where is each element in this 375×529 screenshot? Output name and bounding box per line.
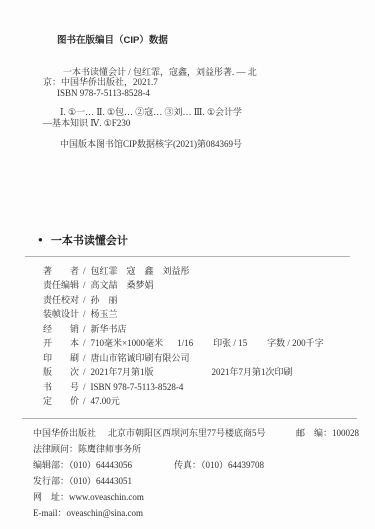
editor-value: 高文喆 桑梦娟 — [91, 278, 154, 291]
publisher-section: 中国华侨出版社 北京市朝阳区西坝河东里77号楼底商5号 邮 编：100028 法… — [0, 419, 375, 521]
label-separator: / — [83, 324, 86, 334]
format-label: 开本 — [43, 336, 79, 349]
cip-isbn-line: ISBN 978-7-5113-8528-4 — [43, 88, 355, 99]
label-separator: / — [83, 266, 86, 276]
author-label: 著者 — [43, 264, 79, 277]
isbn-row: 书号 / ISBN 978-7-5113-8528-4 — [43, 380, 350, 395]
designer-row: 装帧设计 / 杨玉兰 — [43, 307, 350, 322]
book-copyright-page: 图书在版编目（CIP）数据 一本书读懂会计 / 包红霏，寇鑫，刘益彤著. — 北… — [0, 0, 375, 529]
email-line: E-mail：oveaschin@sina.com — [33, 505, 359, 521]
distributor-row: 经销 / 新华书店 — [43, 322, 350, 337]
label-separator: / — [83, 338, 86, 348]
label-separator: / — [83, 295, 86, 305]
isbn-label: 书号 — [43, 380, 79, 393]
cip-classification-line-1: Ⅰ. ①一… Ⅱ. ①包… ②寇… ③刘… Ⅲ. ①会计学 — [43, 107, 355, 118]
author-row: 著者 / 包红霏 寇 鑫 刘益彤 — [43, 264, 350, 279]
author-value: 包红霏 寇 鑫 刘益彤 — [91, 264, 190, 277]
editorial-phone: 编辑部：（010）64443056 — [33, 457, 132, 473]
publisher-address-row: 中国华侨出版社 北京市朝阳区西坝河东里77号楼底商5号 邮 编：100028 — [33, 425, 359, 441]
distribution-phone: 发行部：（010）64443051 — [33, 473, 359, 489]
book-title-row: ● 一本书读懂会计 — [25, 232, 350, 248]
label-separator: / — [83, 280, 86, 290]
price-value: 47.00元 — [91, 394, 120, 407]
publisher-address: 北京市朝阳区西坝河东里77号楼底商5号 — [108, 425, 266, 441]
cip-record-number: 中国版本图书馆CIP数据核字(2021)第084369号 — [43, 139, 355, 150]
cip-classification-line-2: —基本知识 Ⅳ. ①F230 — [43, 118, 355, 129]
publisher-name: 中国华侨出版社 — [33, 425, 96, 441]
legal-counsel-line: 法律顾问：陈鹰律师事务所 — [33, 441, 359, 457]
cip-section: 图书在版编目（CIP）数据 一本书读懂会计 / 包红霏，寇鑫，刘益彤著. — 北… — [0, 0, 375, 150]
proofreader-label: 责任校对 — [43, 293, 79, 306]
label-separator: / — [83, 396, 86, 406]
format-fraction: 1/16 — [177, 338, 193, 348]
price-label: 定价 — [43, 394, 79, 407]
printer-row: 印刷 / 唐山市铭诚印刷有限公司 — [43, 351, 350, 366]
price-row: 定价 / 47.00元 — [43, 394, 350, 409]
cip-heading: 图书在版编目（CIP）数据 — [43, 36, 355, 47]
designer-value: 杨玉兰 — [91, 307, 118, 320]
sheet-count: 印张 / 15 — [213, 336, 247, 349]
format-size: 710毫米×1000毫米 — [91, 336, 164, 349]
distributor-value: 新华书店 — [91, 322, 127, 335]
word-count: 字数 / 200千字 — [267, 336, 324, 349]
postal-code: 邮 编：100028 — [296, 425, 359, 441]
website-line: 网 址：www.oveaschin.com — [33, 489, 359, 505]
format-row: 开本 / 710毫米×1000毫米 1/16 印张 / 15 字数 / 200千… — [43, 336, 350, 351]
printer-label: 印刷 — [43, 351, 79, 364]
cip-publisher-line: 京：中国华侨出版社，2021.7 — [43, 77, 355, 88]
edition-details-list: 著者 / 包红霏 寇 鑫 刘益彤 责任编辑 / 高文喆 桑梦娟 责任校对 / 孙… — [25, 264, 350, 409]
edition-value: 2021年7月第1版 — [91, 365, 154, 378]
colophon-section: ● 一本书读懂会计 著者 / 包红霏 寇 鑫 刘益彤 责任编辑 / 高文喆 桑梦… — [0, 232, 375, 409]
title-divider — [25, 256, 350, 257]
printer-value: 唐山市铭诚印刷有限公司 — [91, 351, 190, 364]
book-title: 一本书读懂会计 — [51, 232, 128, 248]
phones-row: 编辑部：（010）64443056 传真：（010）64439708 — [33, 457, 359, 473]
label-separator: / — [83, 353, 86, 363]
designer-label: 装帧设计 — [43, 307, 79, 320]
fax-number: 传真：（010）64439708 — [174, 457, 264, 473]
isbn-value: ISBN 978-7-5113-8528-4 — [91, 382, 184, 392]
distributor-label: 经销 — [43, 322, 79, 335]
editor-label: 责任编辑 — [43, 278, 79, 291]
proofreader-value: 孙 丽 — [91, 293, 118, 306]
edition-row: 版次 / 2021年7月第1版 2021年7月第1次印刷 — [43, 365, 350, 380]
label-separator: / — [83, 367, 86, 377]
label-separator: / — [83, 309, 86, 319]
cip-title-line: 一本书读懂会计 / 包红霏，寇鑫，刘益彤著. — 北 — [43, 67, 355, 78]
proofreader-row: 责任校对 / 孙 丽 — [43, 293, 350, 308]
printing-value: 2021年7月第1次印刷 — [212, 365, 293, 378]
cip-classification: Ⅰ. ①一… Ⅱ. ①包… ②寇… ③刘… Ⅲ. ①会计学 —基本知识 Ⅳ. ①… — [43, 107, 355, 128]
cip-description: 一本书读懂会计 / 包红霏，寇鑫，刘益彤著. — 北 京：中国华侨出版社，202… — [43, 67, 355, 99]
edition-label: 版次 — [43, 365, 79, 378]
bullet-icon: ● — [38, 235, 43, 244]
editor-row: 责任编辑 / 高文喆 桑梦娟 — [43, 278, 350, 293]
label-separator: / — [83, 382, 86, 392]
